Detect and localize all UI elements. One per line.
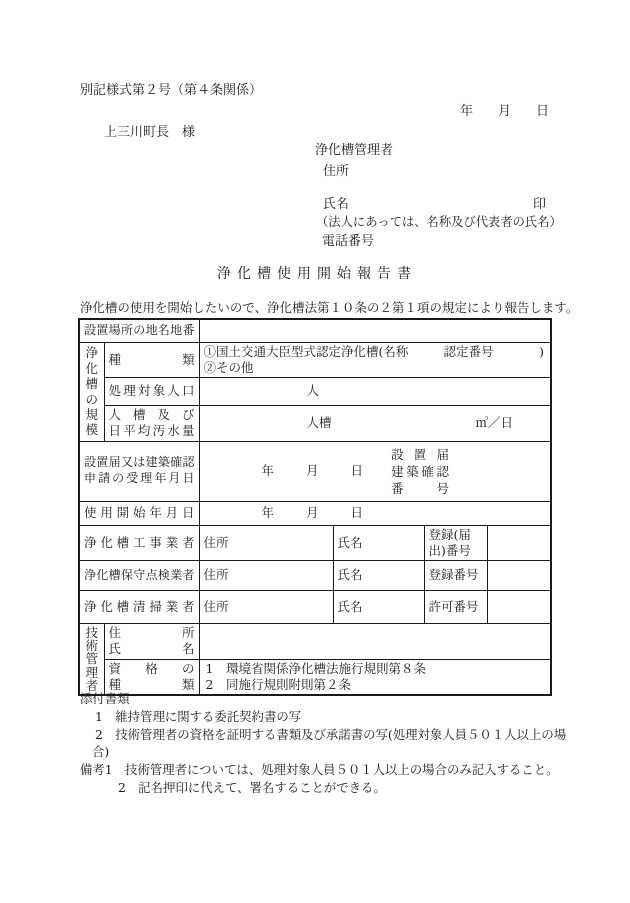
table-row: 使用開始年月日 年 月 日 — [79, 501, 551, 525]
notification-date-cell: 年 月 日 設置届 建築確認 番号 — [199, 441, 551, 501]
cleaner-name-cell: 氏名 — [333, 591, 424, 624]
start-ymd: 年 月 日 — [262, 505, 547, 521]
type-option-1: ①国土交通大臣型式認定浄化槽(名称 認定番号 ) — [204, 344, 547, 360]
type-label: 種類 — [104, 342, 199, 378]
addressee: 上三川町長 様 — [104, 121, 195, 140]
report-form-table: 設置場所の地名地番 浄化槽の規模 種類 ①国土交通大臣型式認定浄化槽(名称 認定… — [78, 318, 552, 696]
attachment-item-2: 2 技術管理者の資格を証明する書類及び承諾書の写(処理対象人員５０１人以上の場 — [95, 726, 590, 744]
table-row: 浄化槽清掃業者 住所 氏名 許可番号 — [79, 591, 551, 624]
installer-number-label: 登録(届出)番号 — [424, 525, 487, 561]
start-date-label: 使用開始年月日 — [79, 501, 199, 525]
manager-name-label: 氏名 — [323, 193, 349, 212]
capacity-value-cell: 人槽 ㎥／日 — [199, 406, 551, 442]
date-year-label: 年 — [460, 100, 473, 119]
seal-mark: 印 — [533, 193, 546, 212]
manager-phone-label: 電話番号 — [322, 230, 374, 249]
installer-address-cell: 住所 — [199, 525, 333, 561]
attachments-heading: 添付書類 — [80, 690, 590, 708]
population-label: 処理対象人口 — [104, 378, 199, 406]
remark-2: 2 記名押印に代えて、署名することができる。 — [118, 779, 590, 797]
notification-ymd: 年 月 日 — [262, 463, 364, 479]
cleaner-address-cell: 住所 — [199, 591, 333, 624]
installer-label: 浄化槽工事業者 — [79, 525, 199, 561]
table-row: 浄化槽保守点検業者 住所 氏名 登録番号 — [79, 561, 551, 591]
manager-address-label: 住所 — [323, 160, 349, 179]
tech-manager-address-name-cell — [199, 624, 551, 660]
table-row: 処理対象人口 人 — [79, 378, 551, 406]
cleaner-number-value-cell — [487, 591, 551, 624]
cleaner-label: 浄化槽清掃業者 — [79, 591, 199, 624]
manager-name-row: 氏名 印 — [323, 193, 546, 212]
population-value-cell: 人 — [199, 378, 551, 406]
inspector-address-cell: 住所 — [199, 561, 333, 591]
table-row: 設置届又は建築確認 申請の受理年月日 年 月 日 設置届 建築確認 番号 — [79, 441, 551, 501]
cleaner-number-label: 許可番号 — [424, 591, 487, 624]
location-value-cell — [199, 319, 551, 342]
inspector-label: 浄化槽保守点検業者 — [79, 561, 199, 591]
table-row: 浄化槽の規模 種類 ①国土交通大臣型式認定浄化槽(名称 認定番号 ) ②その他 — [79, 342, 551, 378]
cubic-meter-unit-label: ㎥／日 — [476, 415, 514, 431]
capacity-label: 人槽及び 日平均汚水量 — [104, 406, 199, 442]
person-unit-label: 人 — [307, 383, 320, 399]
table-row: 浄化槽工事業者 住所 氏名 登録(届出)番号 — [79, 525, 551, 561]
installer-name-cell: 氏名 — [333, 525, 424, 561]
remark-1: 備考1 技術管理者については、処理対象人員５０１人以上の場合のみ記入すること。 — [80, 761, 590, 779]
inspector-number-label: 登録番号 — [424, 561, 487, 591]
table-row: 設置場所の地名地番 — [79, 319, 551, 342]
intro-sentence: 浄化槽の使用を開始したいので、浄化槽法第１０条の２第１項の規定により報告します。 — [80, 298, 578, 316]
notification-date-label: 設置届又は建築確認 申請の受理年月日 — [79, 441, 199, 501]
attachment-item-1: 1 維持管理に関する委託契約書の写 — [95, 708, 590, 726]
type-value-cell: ①国土交通大臣型式認定浄化槽(名称 認定番号 ) ②その他 — [199, 342, 551, 378]
installer-number-value-cell — [487, 525, 551, 561]
notes-section: 添付書類 1 維持管理に関する委託契約書の写 2 技術管理者の資格を証明する書類… — [80, 690, 590, 797]
start-date-cell: 年 月 日 — [199, 501, 551, 525]
corporation-note: （法人にあっては、名称及び代表者の氏名） — [316, 212, 562, 230]
tech-manager-group-label: 技術管理者 — [79, 624, 104, 696]
qualification-option-1: 1 環境省関係浄化槽法施行規則第８条 — [206, 661, 547, 677]
date-day-label: 日 — [536, 100, 549, 119]
date-line: 年 月 日 — [460, 100, 549, 119]
inspector-number-value-cell — [487, 561, 551, 591]
form-number: 別記様式第２号（第４条関係） — [80, 79, 262, 98]
inspector-name-cell: 氏名 — [333, 561, 424, 591]
scale-group-label: 浄化槽の規模 — [79, 342, 104, 441]
table-row: 技術管理者 住所 氏名 — [79, 624, 551, 660]
location-label: 設置場所の地名地番 — [79, 319, 199, 342]
type-option-2: ②その他 — [204, 360, 547, 376]
notification-kind-list: 設置届 建築確認 番号 — [391, 446, 449, 497]
tank-size-unit-label: 人槽 — [307, 415, 332, 431]
page-title: 浄化槽使用開始報告書 — [0, 263, 628, 283]
manager-role-label: 浄化槽管理者 — [315, 139, 393, 158]
date-month-label: 月 — [498, 100, 511, 119]
tech-manager-address-name-label: 住所 氏名 — [104, 624, 199, 660]
attachment-item-2-cont: 合) — [92, 743, 590, 761]
certification-number-label: 認定番号 — [444, 344, 494, 360]
table-row: 人槽及び 日平均汚水量 人槽 ㎥／日 — [79, 406, 551, 442]
